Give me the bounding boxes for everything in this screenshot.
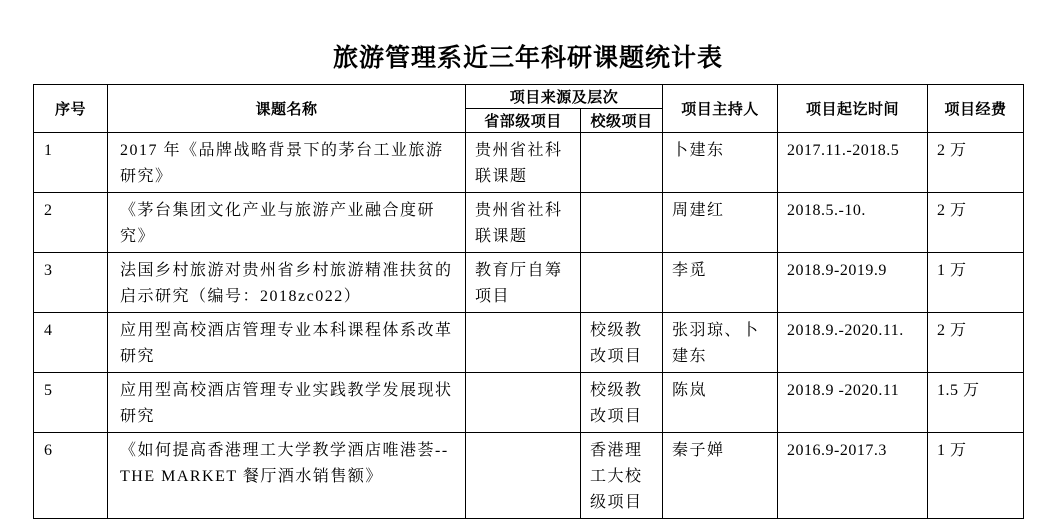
cell-no: 5 xyxy=(34,373,108,433)
col-header-school: 校级项目 xyxy=(581,109,663,133)
col-header-duration: 项目起讫时间 xyxy=(778,85,928,133)
cell-provincial-project xyxy=(466,433,581,519)
cell-duration: 2018.9.-2020.11. xyxy=(778,313,928,373)
cell-school-project xyxy=(581,253,663,313)
cell-school-project: 校级教改项目 xyxy=(581,373,663,433)
cell-funding: 2 万 xyxy=(928,313,1024,373)
cell-funding: 2 万 xyxy=(928,193,1024,253)
cell-project-name: 应用型高校酒店管理专业实践教学发展现状研究 xyxy=(108,373,466,433)
col-header-project-name: 课题名称 xyxy=(108,85,466,133)
cell-project-name: 法国乡村旅游对贵州省乡村旅游精准扶贫的启示研究（编号：2018zc022） xyxy=(108,253,466,313)
table-row: 6 《如何提高香港理工大学教学酒店唯港荟--THE MARKET 餐厅酒水销售额… xyxy=(34,433,1024,519)
col-header-no: 序号 xyxy=(34,85,108,133)
cell-duration: 2017.11.-2018.5 xyxy=(778,133,928,193)
cell-no: 4 xyxy=(34,313,108,373)
cell-leader: 卜建东 xyxy=(663,133,778,193)
cell-funding: 1.5 万 xyxy=(928,373,1024,433)
table-row: 3 法国乡村旅游对贵州省乡村旅游精准扶贫的启示研究（编号：2018zc022） … xyxy=(34,253,1024,313)
table-row: 1 2017 年《品牌战略背景下的茅台工业旅游研究》 贵州省社科联课题 卜建东 … xyxy=(34,133,1024,193)
header-row-top: 序号 课题名称 项目来源及层次 项目主持人 项目起讫时间 项目经费 xyxy=(34,85,1024,109)
cell-leader: 李觅 xyxy=(663,253,778,313)
col-header-source-group: 项目来源及层次 xyxy=(466,85,663,109)
table-body: 1 2017 年《品牌战略背景下的茅台工业旅游研究》 贵州省社科联课题 卜建东 … xyxy=(34,133,1024,519)
research-projects-table: 序号 课题名称 项目来源及层次 项目主持人 项目起讫时间 项目经费 省部级项目 … xyxy=(33,84,1024,519)
col-header-leader: 项目主持人 xyxy=(663,85,778,133)
cell-provincial-project xyxy=(466,313,581,373)
cell-duration: 2018.9-2019.9 xyxy=(778,253,928,313)
cell-provincial-project: 贵州省社科联课题 xyxy=(466,193,581,253)
cell-no: 3 xyxy=(34,253,108,313)
cell-leader: 陈岚 xyxy=(663,373,778,433)
table-row: 2 《茅台集团文化产业与旅游产业融合度研究》 贵州省社科联课题 周建红 2018… xyxy=(34,193,1024,253)
cell-provincial-project: 贵州省社科联课题 xyxy=(466,133,581,193)
cell-duration: 2016.9-2017.3 xyxy=(778,433,928,519)
col-header-funding: 项目经费 xyxy=(928,85,1024,133)
cell-project-name: 2017 年《品牌战略背景下的茅台工业旅游研究》 xyxy=(108,133,466,193)
cell-provincial-project xyxy=(466,373,581,433)
table-row: 5 应用型高校酒店管理专业实践教学发展现状研究 校级教改项目 陈岚 2018.9… xyxy=(34,373,1024,433)
cell-duration: 2018.9 -2020.11 xyxy=(778,373,928,433)
cell-project-name: 《茅台集团文化产业与旅游产业融合度研究》 xyxy=(108,193,466,253)
cell-funding: 1 万 xyxy=(928,433,1024,519)
cell-funding: 2 万 xyxy=(928,133,1024,193)
cell-provincial-project: 教育厅自筹项目 xyxy=(466,253,581,313)
cell-leader: 张羽琼、卜建东 xyxy=(663,313,778,373)
cell-project-name: 《如何提高香港理工大学教学酒店唯港荟--THE MARKET 餐厅酒水销售额》 xyxy=(108,433,466,519)
cell-leader: 周建红 xyxy=(663,193,778,253)
cell-school-project xyxy=(581,193,663,253)
cell-school-project: 香港理工大校级项目 xyxy=(581,433,663,519)
cell-no: 2 xyxy=(34,193,108,253)
cell-duration: 2018.5.-10. xyxy=(778,193,928,253)
cell-no: 6 xyxy=(34,433,108,519)
cell-funding: 1 万 xyxy=(928,253,1024,313)
cell-no: 1 xyxy=(34,133,108,193)
cell-project-name: 应用型高校酒店管理专业本科课程体系改革研究 xyxy=(108,313,466,373)
cell-leader: 秦子婵 xyxy=(663,433,778,519)
cell-school-project: 校级教改项目 xyxy=(581,313,663,373)
table-header: 序号 课题名称 项目来源及层次 项目主持人 项目起讫时间 项目经费 省部级项目 … xyxy=(34,85,1024,133)
table-row: 4 应用型高校酒店管理专业本科课程体系改革研究 校级教改项目 张羽琼、卜建东 2… xyxy=(34,313,1024,373)
cell-school-project xyxy=(581,133,663,193)
col-header-provincial: 省部级项目 xyxy=(466,109,581,133)
page-title: 旅游管理系近三年科研课题统计表 xyxy=(0,44,1056,72)
